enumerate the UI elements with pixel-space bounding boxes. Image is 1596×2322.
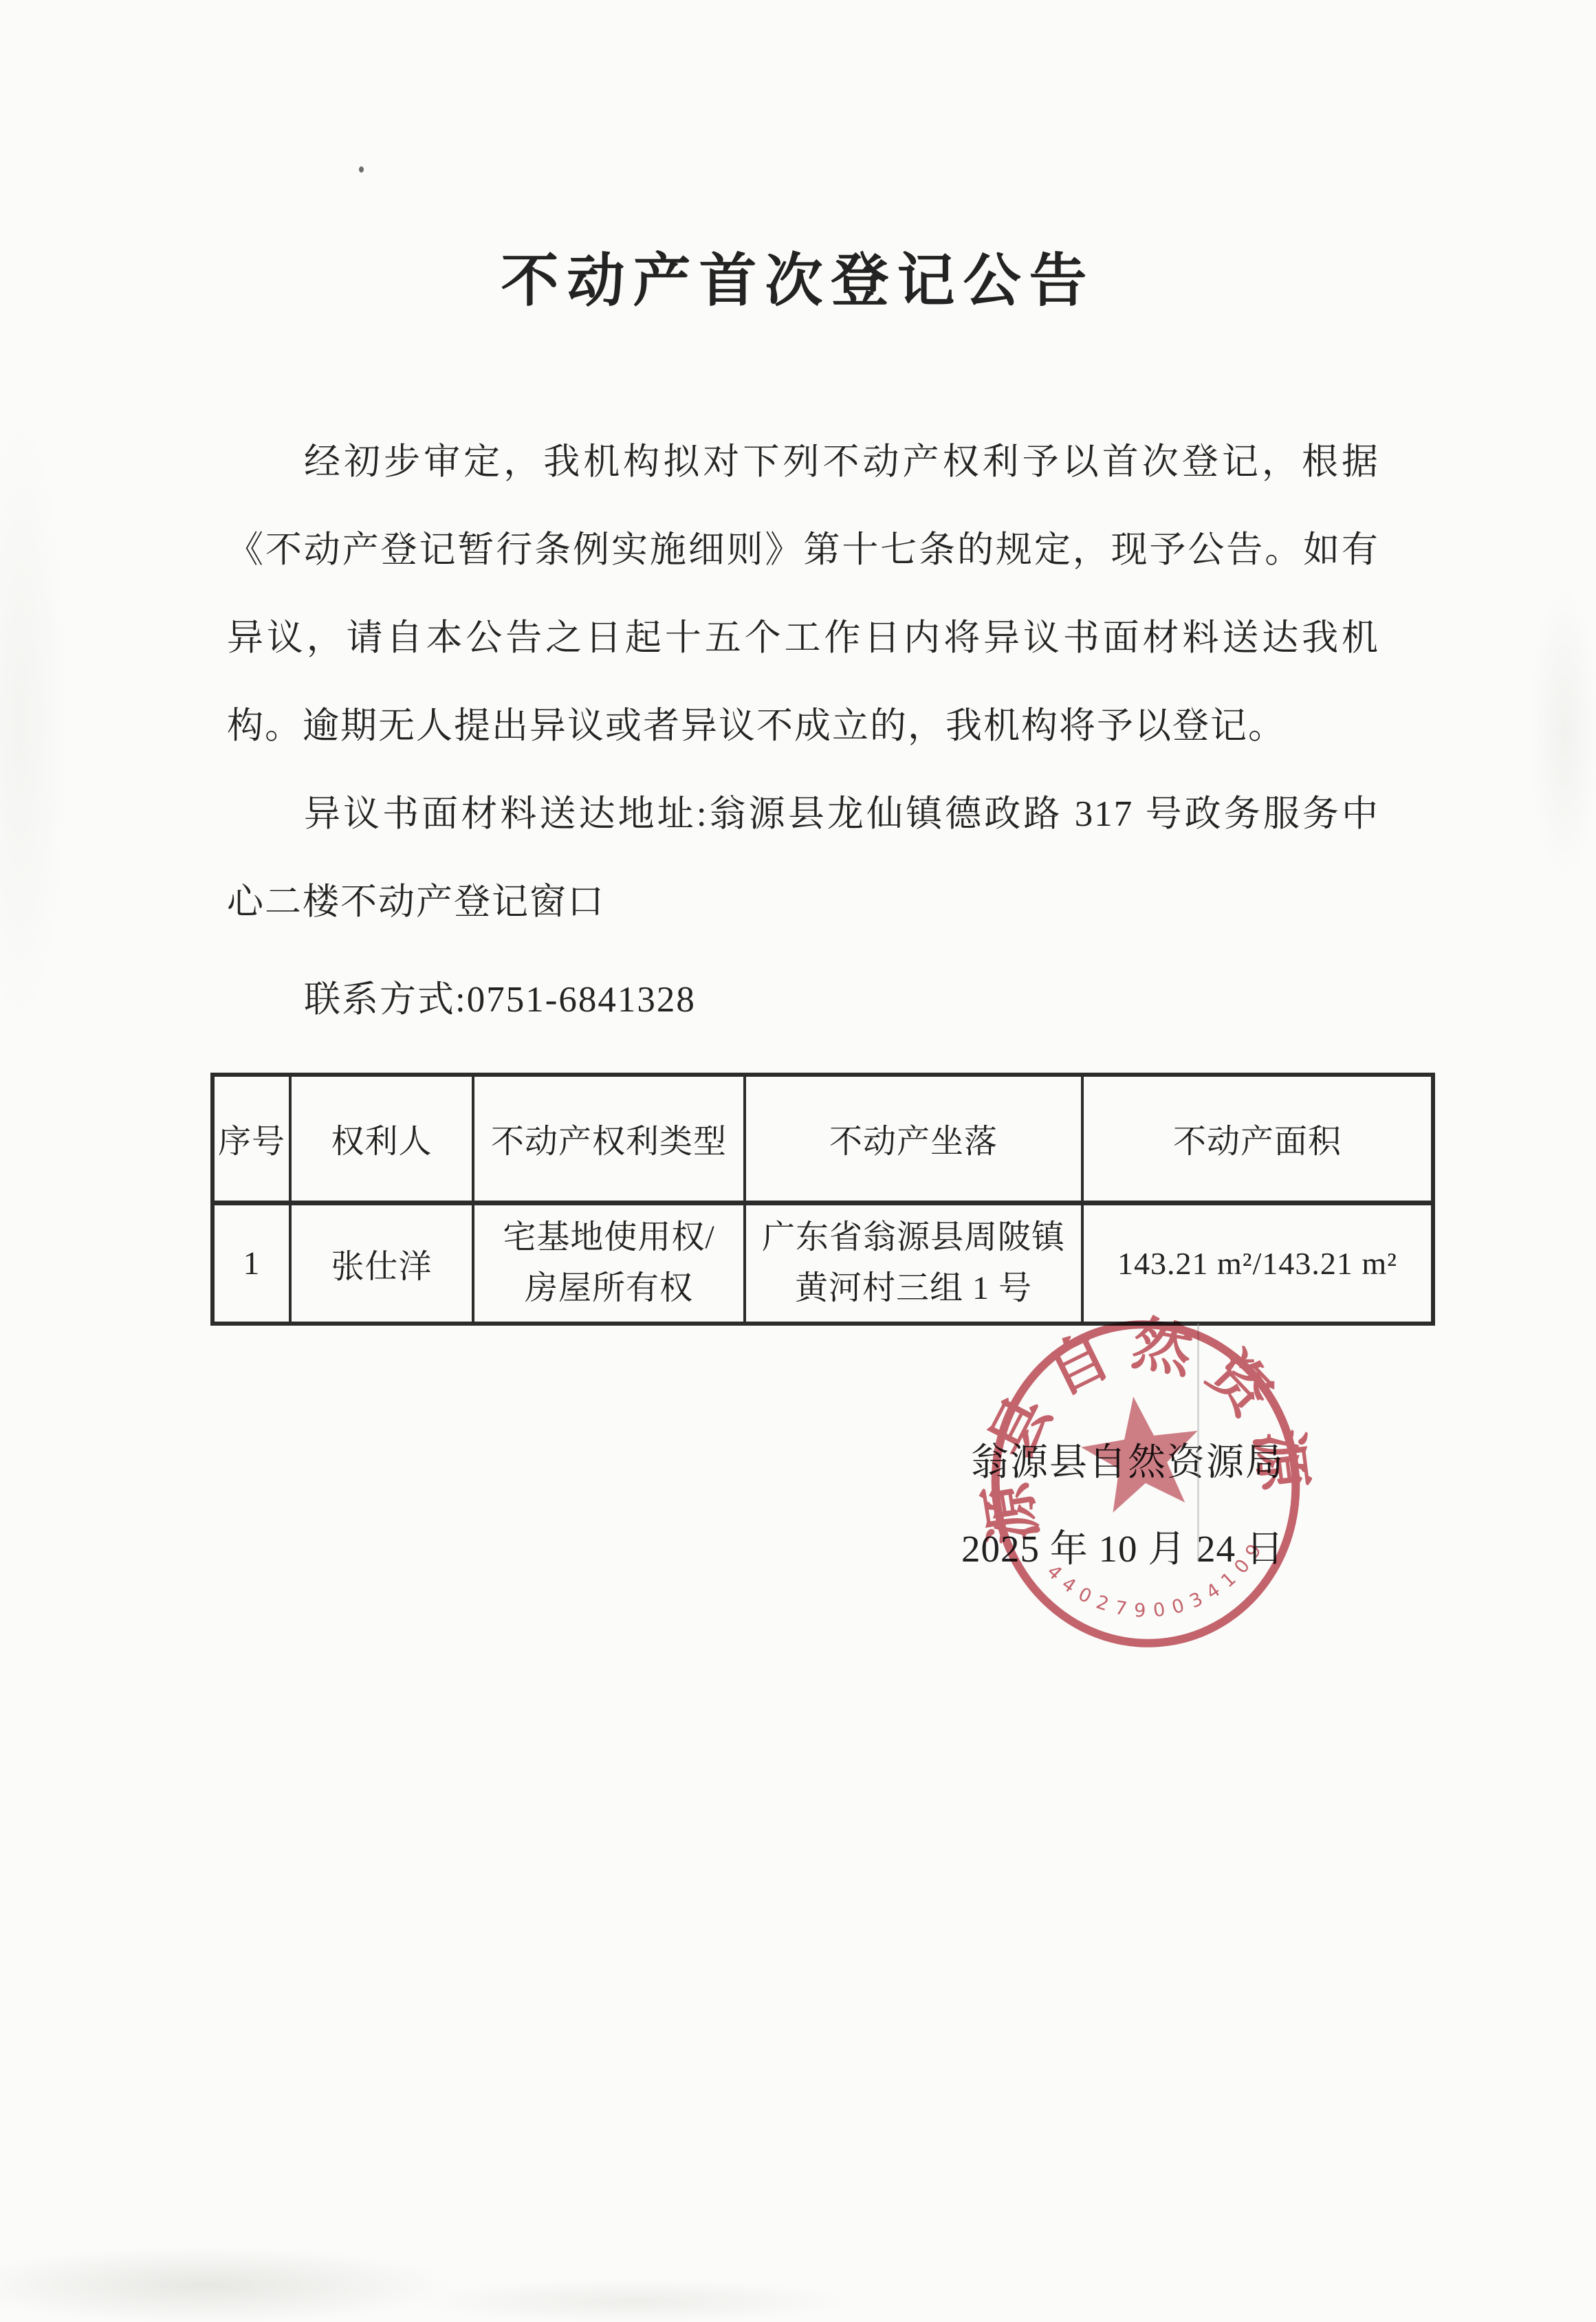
table-row: 1 张仕洋 宅基地使用权/ 房屋所有权 广东省翁源县周陂镇 黄河村三组 1 号 …: [212, 1203, 1433, 1324]
official-red-seal: 翁源县自然资源局 4402790034109: [979, 1311, 1312, 1663]
body-line: 经初步审定，我机构拟对下列不动产权利予以首次登记，根据: [227, 418, 1379, 506]
body-line: 《不动产登记暂行条例实施细则》第十七条的规定，现予公告。如有: [227, 506, 1379, 594]
scan-smudge-bottom-center: [413, 2279, 853, 2322]
seal-star-icon: [1075, 1388, 1207, 1515]
location-line1: 广东省翁源县周陂镇: [746, 1212, 1081, 1263]
body-line: 构。逾期无人提出异议或者异议不成立的，我机构将予以登记。: [227, 682, 1379, 770]
header-location: 不动产坐落: [745, 1075, 1082, 1203]
right-type-line1: 宅基地使用权/: [474, 1212, 743, 1263]
cell-right-type: 宅基地使用权/ 房屋所有权: [473, 1203, 745, 1324]
scanned-announcement-page: { "document": { "title": "不动产首次登记公告", "b…: [0, 0, 1596, 2322]
body-line-address: 异议书面材料送达地址:翁源县龙仙镇德政路 317 号政务服务中: [227, 770, 1379, 858]
header-area: 不动产面积: [1082, 1075, 1433, 1203]
header-right-type: 不动产权利类型: [473, 1075, 745, 1203]
scan-smudge-right-edge: [1530, 584, 1596, 880]
cell-area: 143.21 m²/143.21 m²: [1082, 1203, 1433, 1324]
cell-holder: 张仕洋: [290, 1203, 473, 1324]
body-line-address-cont: 心二楼不动产登记窗口: [227, 858, 1379, 946]
scan-smudge-left-edge: [0, 413, 69, 1031]
cell-location: 广东省翁源县周陂镇 黄河村三组 1 号: [745, 1203, 1082, 1324]
table-header-row: 序号 权利人 不动产权利类型 不动产坐落 不动产面积: [212, 1075, 1433, 1203]
header-holder: 权利人: [290, 1075, 473, 1203]
registration-table: 序号 权利人 不动产权利类型 不动产坐落 不动产面积 1 张仕洋 宅基地使用权/…: [210, 1073, 1435, 1326]
scan-speck: [359, 166, 364, 173]
body-line: 异议，请自本公告之日起十五个工作日内将异议书面材料送达我机: [227, 594, 1379, 682]
header-seq: 序号: [212, 1075, 290, 1203]
right-type-line2: 房屋所有权: [474, 1263, 743, 1314]
body-line-contact: 联系方式:0751-6841328: [227, 956, 1379, 1044]
page-title: 不动产首次登记公告: [0, 246, 1596, 318]
scan-smudge-bottom-left: [0, 2247, 454, 2322]
cell-seq: 1: [212, 1203, 290, 1324]
announcement-body: 经初步审定，我机构拟对下列不动产权利予以首次登记，根据 《不动产登记暂行条例实施…: [227, 418, 1379, 1044]
location-line2: 黄河村三组 1 号: [746, 1263, 1081, 1314]
